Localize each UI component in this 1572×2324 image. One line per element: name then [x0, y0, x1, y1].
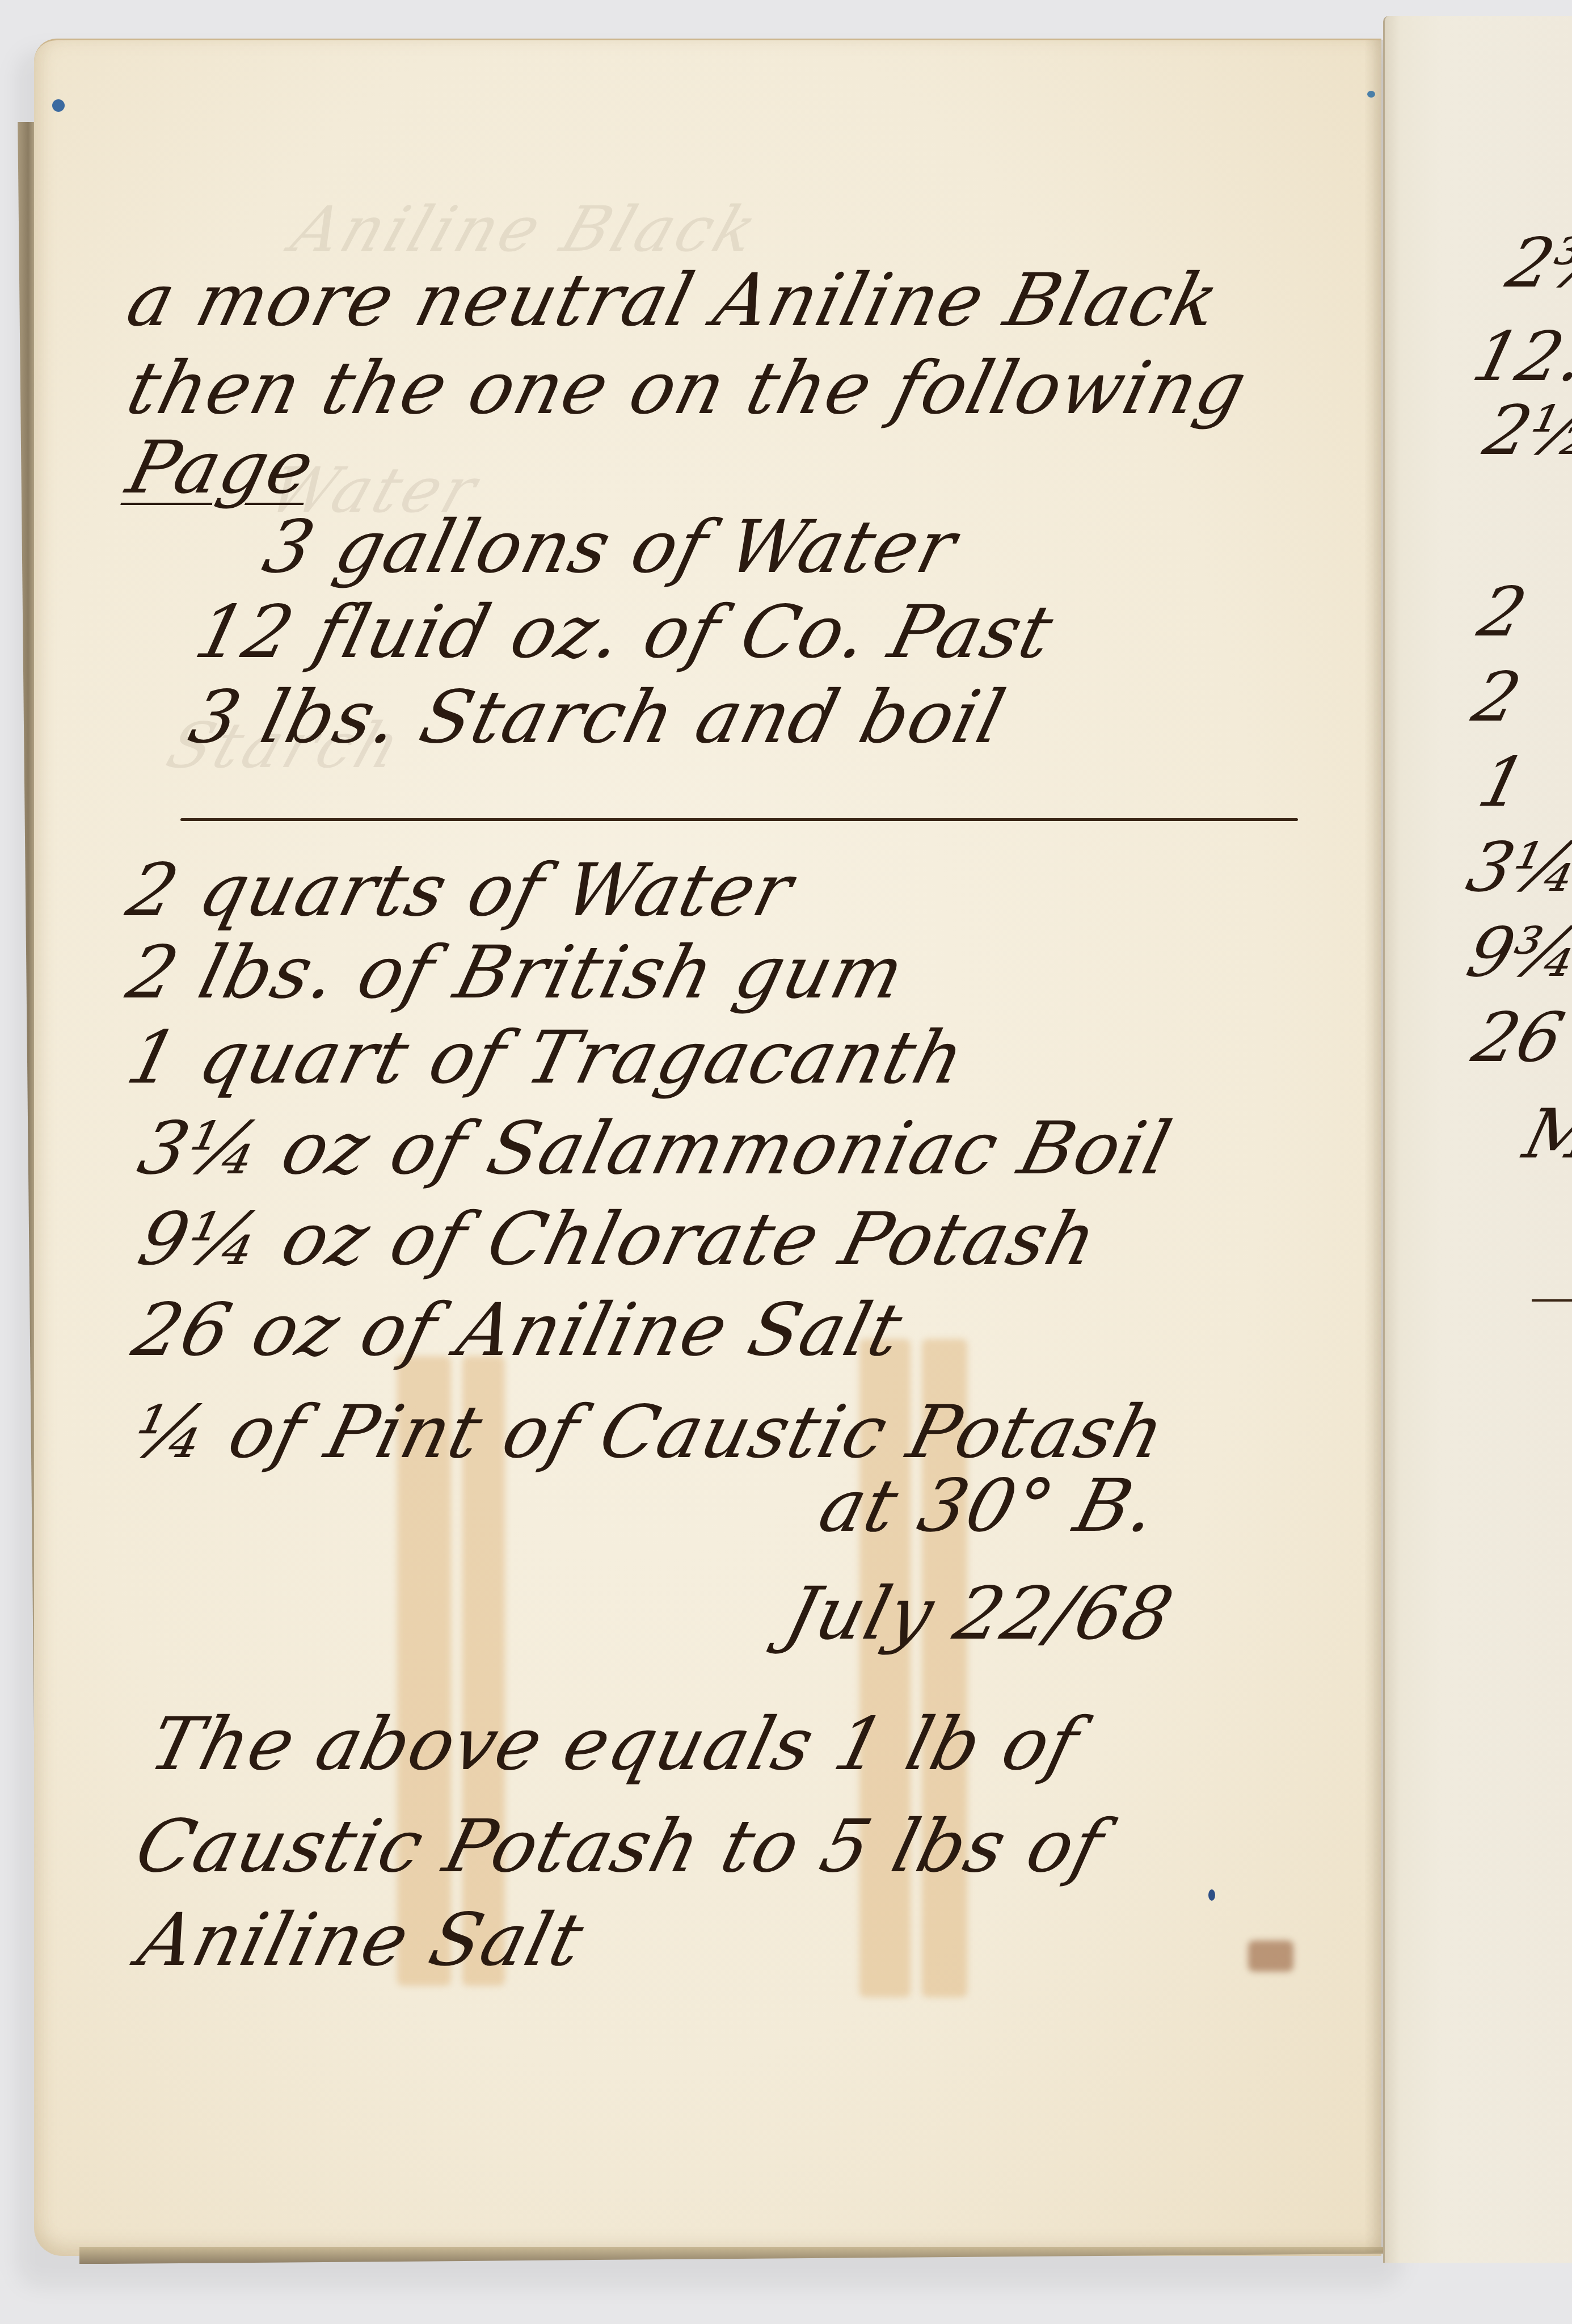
entry-date: July 22/68 — [777, 1572, 1182, 1656]
ink-spot — [1208, 1889, 1215, 1901]
recipe-2-line: 2 quarts of Water — [119, 848, 802, 933]
heading-line-3: Page — [119, 426, 323, 510]
note-line: Aniline Salt — [130, 1898, 592, 1982]
heading-line-1: a more neutral Aniline Black — [119, 258, 1228, 343]
ink-spot — [52, 99, 65, 112]
right-page-fragment: 3¼ — [1460, 828, 1572, 907]
note-line: The above equals 1 lb of — [142, 1702, 1088, 1787]
recipe-1-line: 12 fluid oz. of Co. Past — [187, 590, 1062, 675]
recipe-2-line: 26 oz of Aniline Salt — [125, 1288, 911, 1372]
right-page-fragment: 9¾ — [1460, 913, 1572, 992]
right-page-divider — [1532, 1299, 1572, 1302]
stain-mark — [1248, 1940, 1293, 1972]
heading-line-2: then the one on the following — [119, 346, 1255, 431]
ink-spot — [1367, 91, 1375, 98]
recipe-2-line: ¼ of Pint of Caustic Potash — [125, 1390, 1174, 1475]
note-line: Caustic Potash to 5 lbs of — [128, 1804, 1112, 1889]
section-divider — [180, 818, 1298, 821]
show-through-text: Aniline Black — [283, 193, 769, 266]
recipe-2-line: at 30° B. — [811, 1464, 1166, 1548]
recipe-2-line: 2 lbs. of British gum — [119, 931, 913, 1015]
recipe-1-line: 3 lbs. Starch and boil — [182, 675, 1014, 760]
recipe-1-line: 3 gallons of Water — [255, 505, 966, 590]
recipe-2-line: 1 quart of Tragacanth — [119, 1016, 973, 1100]
recipe-2-line: 9¼ oz of Chlorate Potash — [130, 1197, 1106, 1282]
recipe-2-line: 3¼ oz of Salammoniac Boil — [130, 1106, 1180, 1191]
right-page-fragment: 12. — [1465, 318, 1572, 397]
